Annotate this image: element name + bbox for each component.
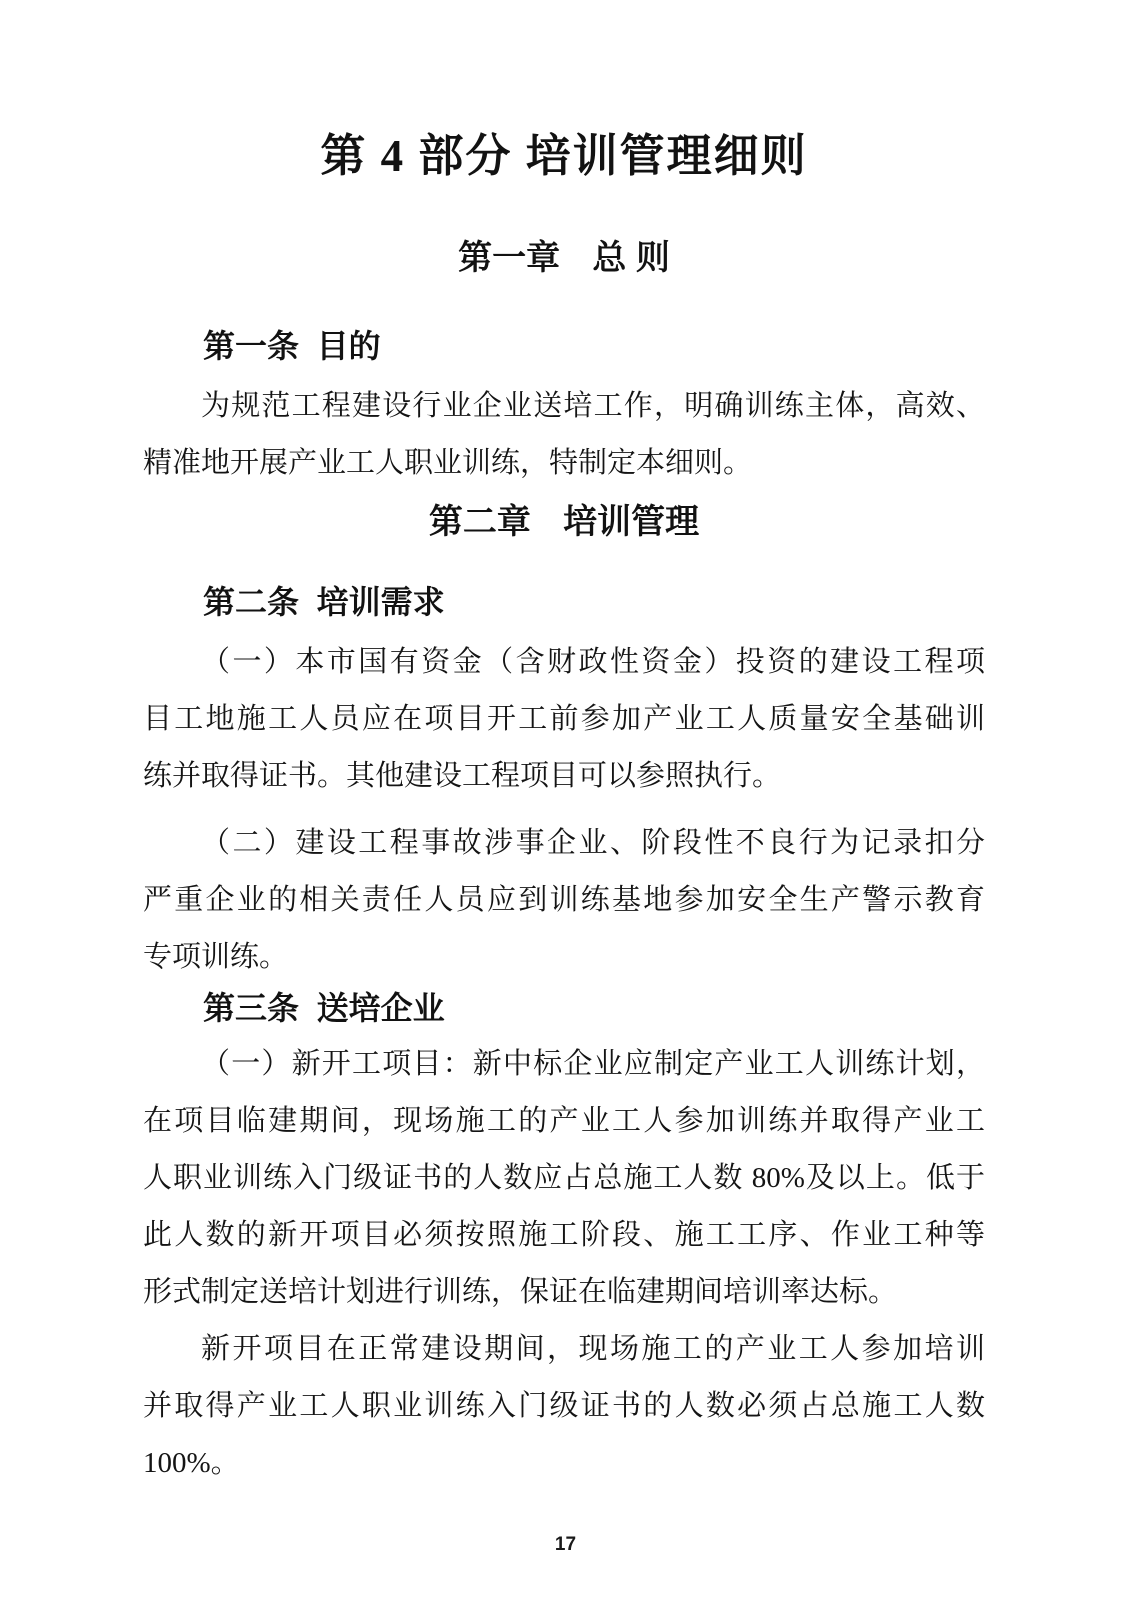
article-1-heading: 第一条目的 <box>143 324 985 368</box>
article-2-heading: 第二条培训需求 <box>143 580 985 624</box>
document-content: 第 4 部分 培训管理细则 第一章总 则 第一条目的 为规范工程建设行业企业送培… <box>0 0 1131 1492</box>
paragraph-line: （二）建设工程事故涉事企业、阶段性不良行为记录扣分 <box>143 815 985 872</box>
article-3-paragraph-2: 新开项目在正常建设期间，现场施工的产业工人参加培训 并取得产业工人职业训练入门级… <box>143 1321 985 1492</box>
paragraph-line: 新开项目在正常建设期间，现场施工的产业工人参加培训 <box>143 1321 985 1378</box>
paragraph-line: 严重企业的相关责任人员应到训练基地参加安全生产警示教育 <box>143 872 985 929</box>
chapter-1-label: 第一章 <box>458 239 560 277</box>
article-2-title: 培训需求 <box>317 584 445 620</box>
article-2-paragraph-1: （一）本市国有资金（含财政性资金）投资的建设工程项 目工地施工人员应在项目开工前… <box>143 634 985 805</box>
article-3-heading: 第三条送培企业 <box>143 986 985 1030</box>
article-2-label: 第二条 <box>203 584 299 620</box>
paragraph-line: 专项训练。 <box>143 929 985 986</box>
article-1-label: 第一条 <box>203 328 299 364</box>
chapter-2-label: 第二章 <box>429 503 531 541</box>
paragraph-line: 人职业训练入门级证书的人数应占总施工人数 80%及以上。低于 <box>143 1150 985 1207</box>
page-number: 17 <box>0 1534 1131 1556</box>
chapter-1-heading: 第一章总 则 <box>143 236 985 280</box>
article-1-title: 目的 <box>317 328 381 364</box>
paragraph-line: 在项目临建期间，现场施工的产业工人参加训练并取得产业工 <box>143 1093 985 1150</box>
paragraph-line: （一）本市国有资金（含财政性资金）投资的建设工程项 <box>143 634 985 691</box>
chapter-1-title: 总 则 <box>592 239 669 277</box>
paragraph-line: 练并取得证书。其他建设工程项目可以参照执行。 <box>143 748 985 805</box>
paragraph-line: 目工地施工人员应在项目开工前参加产业工人质量安全基础训 <box>143 691 985 748</box>
paragraph-line: （一）新开工项目：新中标企业应制定产业工人训练计划， <box>143 1036 985 1093</box>
chapter-2-title: 培训管理 <box>563 503 699 541</box>
article-3-paragraph-1: （一）新开工项目：新中标企业应制定产业工人训练计划， 在项目临建期间，现场施工的… <box>143 1036 985 1321</box>
chapter-2-heading: 第二章培训管理 <box>143 500 985 544</box>
paragraph-line: 形式制定送培计划进行训练，保证在临建期间培训率达标。 <box>143 1264 985 1321</box>
paragraph-line: 100%。 <box>143 1435 985 1492</box>
article-3-title: 送培企业 <box>317 990 445 1026</box>
paragraph-line: 为规范工程建设行业企业送培工作，明确训练主体，高效、 <box>143 378 985 435</box>
article-3-label: 第三条 <box>203 990 299 1026</box>
article-2-paragraph-2: （二）建设工程事故涉事企业、阶段性不良行为记录扣分 严重企业的相关责任人员应到训… <box>143 815 985 986</box>
document-title: 第 4 部分 培训管理细则 <box>143 122 985 190</box>
article-1-paragraph: 为规范工程建设行业企业送培工作，明确训练主体，高效、 精准地开展产业工人职业训练… <box>143 378 985 492</box>
paragraph-line: 精准地开展产业工人职业训练，特制定本细则。 <box>143 435 985 492</box>
paragraph-line: 此人数的新开项目必须按照施工阶段、施工工序、作业工种等 <box>143 1207 985 1264</box>
document-page: 第 4 部分 培训管理细则 第一章总 则 第一条目的 为规范工程建设行业企业送培… <box>0 0 1131 1600</box>
paragraph-line: 并取得产业工人职业训练入门级证书的人数必须占总施工人数 <box>143 1378 985 1435</box>
